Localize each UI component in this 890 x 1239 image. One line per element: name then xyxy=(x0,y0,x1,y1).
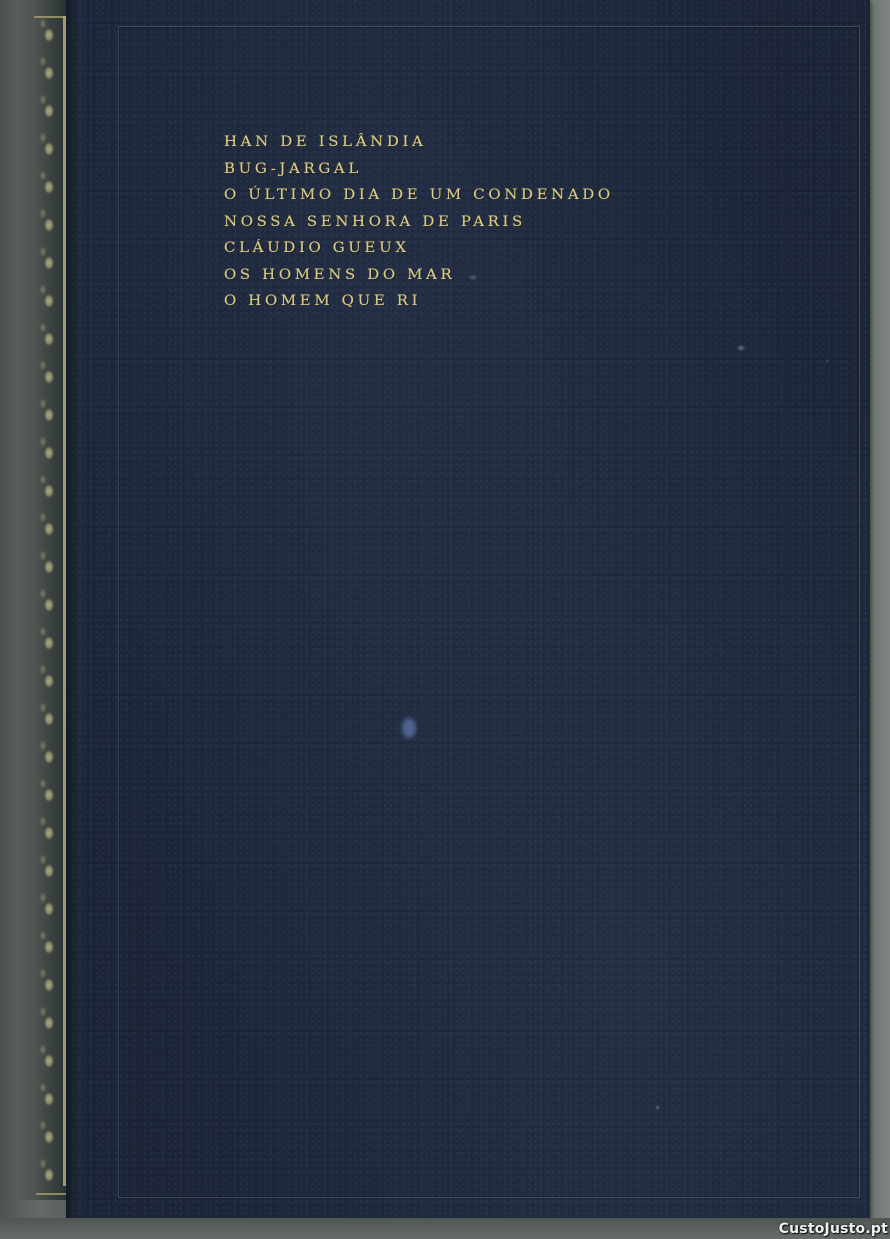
cover-hinge xyxy=(66,0,88,1222)
title-line: O HOMEM QUE RI xyxy=(224,288,614,313)
cover-scuff-mark xyxy=(656,1106,659,1109)
background-surface xyxy=(868,0,890,1239)
title-line: NOSSA SENHORA DE PARIS xyxy=(224,208,614,233)
title-line: O ÚLTIMO DIA DE UM CONDENADO xyxy=(224,182,614,207)
title-line: BUG-JARGAL xyxy=(224,155,614,180)
title-line: CLÁUDIO GUEUX xyxy=(224,235,614,260)
title-line: HAN DE ISLÂNDIA xyxy=(224,129,614,154)
book-cover: HAN DE ISLÂNDIA BUG-JARGAL O ÚLTIMO DIA … xyxy=(66,0,870,1222)
title-line: OS HOMENS DO MAR xyxy=(224,261,614,286)
cover-scuff-mark xyxy=(402,718,416,738)
site-watermark: CustoJusto.pt xyxy=(779,1221,888,1237)
gilt-title-list: HAN DE ISLÂNDIA BUG-JARGAL O ÚLTIMO DIA … xyxy=(224,128,614,314)
spine-gilt-rule-top xyxy=(34,16,66,18)
book-photo: HAN DE ISLÂNDIA BUG-JARGAL O ÚLTIMO DIA … xyxy=(0,0,890,1239)
background-surface-bottom xyxy=(0,1218,890,1239)
cover-scuff-mark xyxy=(738,346,744,350)
spine-gilt-ornament xyxy=(34,16,64,1184)
cover-scuff-mark xyxy=(826,360,828,362)
book-spine xyxy=(0,0,66,1200)
spine-gilt-rule-bottom xyxy=(36,1193,66,1195)
